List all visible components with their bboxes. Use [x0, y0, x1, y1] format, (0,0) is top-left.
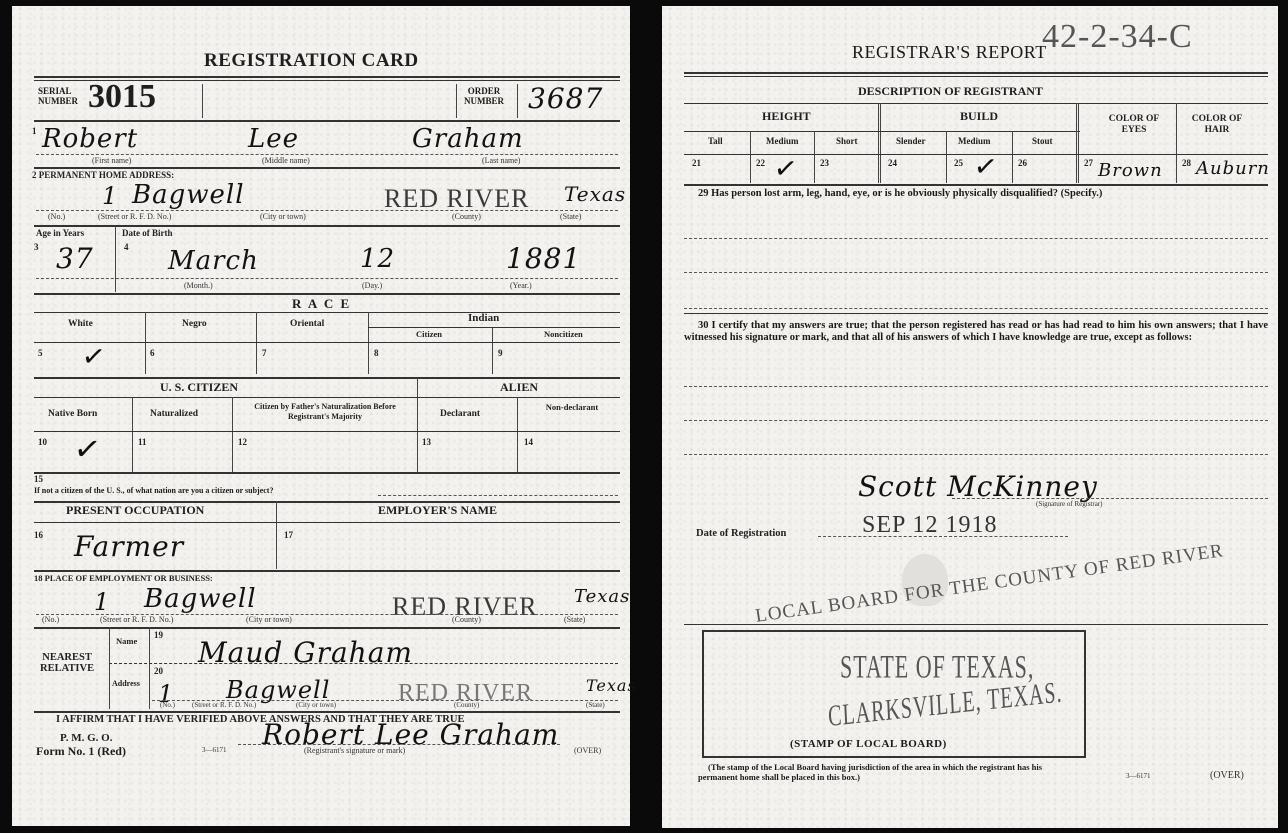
field-number: 27	[1084, 158, 1093, 168]
field-number: 26	[1018, 158, 1027, 168]
build-slender-label: Slender	[896, 136, 926, 146]
hair-color-title: COLOR OF HAIR	[1182, 114, 1252, 136]
caption-street: (Street or R. F. D. No.)	[100, 615, 173, 624]
field-number: 24	[888, 158, 897, 168]
age-label: Age in Years	[36, 228, 84, 238]
serial-label: SERIAL NUMBER	[38, 86, 78, 106]
registration-card-front: REGISTRATION CARD SERIAL NUMBER 3015 ORD…	[12, 6, 630, 826]
field-number: 17	[284, 530, 293, 540]
caption-state: (State)	[586, 701, 605, 709]
field-number: 8	[374, 348, 379, 358]
native-born-label: Native Born	[48, 409, 97, 419]
build-medium-checkmark: ✓	[972, 149, 1000, 185]
home-address-state: Texas	[564, 182, 626, 206]
race-white-checkmark: ✓	[80, 339, 108, 375]
field-number: 23	[820, 158, 829, 168]
home-address-no: 1	[102, 182, 118, 210]
serial-number: 3015	[88, 78, 156, 116]
relative-address-label: Address	[112, 679, 140, 688]
field-number: 12	[238, 437, 247, 447]
caption-county: (County)	[452, 212, 481, 221]
height-medium-label: Medium	[766, 136, 799, 146]
dob-label: Date of Birth	[122, 228, 173, 238]
caption-year: (Year.)	[510, 281, 532, 290]
field-number: 6	[150, 348, 155, 358]
relative-name: Maud Graham	[198, 636, 413, 669]
caption-state: (State)	[564, 615, 585, 624]
order-label: ORDER NUMBER	[464, 86, 504, 106]
height-medium-checkmark: ✓	[772, 151, 800, 187]
caption-last-name: (Last name)	[482, 156, 520, 165]
field-number: 4	[124, 242, 129, 252]
citizen-by-father-label: Citizen by Father's Naturalization Befor…	[240, 402, 410, 422]
nearest-relative-label: NEAREST RELATIVE	[40, 652, 94, 674]
employment-no: 1	[94, 588, 110, 616]
caption-middle-name: (Middle name)	[262, 156, 310, 165]
height-tall-label: Tall	[708, 136, 723, 146]
field-number: 5	[38, 348, 43, 358]
field-number: 13	[422, 437, 431, 447]
field-number: 21	[692, 158, 701, 168]
occupation-title: PRESENT OCCUPATION	[66, 503, 204, 518]
employment-street: Bagwell	[144, 584, 257, 614]
build-title: BUILD	[960, 109, 998, 124]
board-stamp-arc: LOCAL BOARD FOR THE COUNTY OF RED RIVER	[754, 540, 1225, 628]
date-of-registration-label: Date of Registration	[696, 528, 786, 539]
field-number: 1	[32, 126, 37, 136]
native-born-checkmark: ✓	[71, 428, 103, 469]
height-short-label: Short	[836, 136, 858, 146]
race-negro-label: Negro	[182, 319, 207, 329]
declarant-label: Declarant	[440, 409, 480, 419]
field-number: 7	[262, 348, 267, 358]
non-declarant-label: Non-declarant	[542, 402, 602, 412]
stamp-box-caption: (STAMP OF LOCAL BOARD)	[790, 738, 947, 750]
stamp-of-local-board-box: STATE OF TEXAS, CLARKSVILLE, TEXAS. (STA…	[702, 630, 1086, 758]
caption-street: (Street or R. F. D. No.)	[192, 701, 256, 709]
home-address-label: 2 PERMANENT HOME ADDRESS:	[32, 170, 174, 180]
race-oriental-label: Oriental	[290, 319, 324, 329]
registrar-signature-caption: (Signature of Registrar)	[1036, 500, 1102, 508]
employer-title: EMPLOYER'S NAME	[378, 503, 497, 518]
race-indian-label: Indian	[468, 312, 499, 324]
description-title: DESCRIPTION OF REGISTRANT	[858, 84, 1043, 99]
stamp-line-state: STATE OF TEXAS,	[840, 648, 1034, 687]
field-number: 10	[38, 437, 47, 447]
eye-color-title: COLOR OF EYES	[1102, 114, 1166, 136]
field-number: 3	[34, 242, 39, 252]
field15-question: If not a citizen of the U. S., of what n…	[34, 486, 273, 495]
naturalized-label: Naturalized	[150, 409, 198, 419]
build-medium-label: Medium	[958, 136, 991, 146]
caption-county: (County)	[452, 615, 481, 624]
caption-county: (County)	[454, 701, 479, 709]
caption-first-name: (First name)	[92, 156, 131, 165]
field-number: 9	[498, 348, 503, 358]
dob-day: 12	[360, 244, 395, 274]
height-title: HEIGHT	[762, 109, 811, 124]
stamp-instructions: (The stamp of the Local Board having jur…	[698, 762, 1082, 782]
relative-address-state: Texas	[586, 676, 637, 695]
print-code: 3—6171	[202, 746, 227, 754]
middle-name: Lee	[248, 124, 299, 154]
field-number: 22	[756, 158, 765, 168]
caption-street: (Street or R. F. D. No.)	[98, 212, 171, 221]
field-number: 28	[1182, 158, 1191, 168]
dob-month: March	[168, 246, 259, 276]
employment-state: Texas	[574, 586, 630, 607]
field-number: 20	[154, 666, 163, 676]
build-stout-label: Stout	[1032, 136, 1053, 146]
relative-name-label: Name	[116, 636, 137, 646]
race-white-label: White	[68, 319, 93, 329]
caption-day: (Day.)	[362, 281, 382, 290]
caption-state: (State)	[560, 212, 581, 221]
pmgo-label: P. M. G. O.	[60, 732, 112, 744]
report-title: REGISTRAR'S REPORT	[852, 42, 1047, 63]
caption-month: (Month.)	[184, 281, 213, 290]
place-of-employment-label: 18 PLACE OF EMPLOYMENT OR BUSINESS:	[34, 573, 213, 583]
over-label: (OVER)	[574, 746, 601, 755]
caption-no: (No.)	[160, 701, 175, 709]
race-indian-noncitizen-label: Noncitizen	[544, 329, 583, 339]
home-address-street: Bagwell	[132, 180, 245, 210]
race-indian-citizen-label: Citizen	[416, 329, 442, 339]
question-29: 29 Has person lost arm, leg, hand, eye, …	[684, 188, 1268, 200]
first-name: Robert	[42, 124, 138, 154]
file-code: 42-2-34-C	[1042, 18, 1193, 56]
question-30: 30 I certify that my answers are true; t…	[684, 320, 1268, 344]
hair-color-value: Auburn	[1196, 158, 1270, 179]
caption-city: (City or town)	[296, 701, 336, 709]
order-number: 3687	[528, 82, 603, 115]
occupation-value: Farmer	[74, 530, 184, 563]
field-number: 16	[34, 530, 43, 540]
field-number: 19	[154, 630, 163, 640]
over-label: (OVER)	[1210, 770, 1244, 781]
card-title: REGISTRATION CARD	[204, 50, 419, 72]
caption-city: (City or town)	[260, 212, 306, 221]
print-code: 3—6171	[1126, 772, 1151, 780]
eye-color-value: Brown	[1098, 160, 1163, 181]
form-number: Form No. 1 (Red)	[36, 744, 126, 759]
field-number: 15	[34, 474, 43, 484]
registrars-report-back: REGISTRAR'S REPORT 42-2-34-C DESCRIPTION…	[662, 6, 1278, 828]
caption-city: (City or town)	[246, 615, 292, 624]
field-number: 14	[524, 437, 533, 447]
last-name: Graham	[412, 124, 524, 154]
caption-no: (No.)	[42, 615, 59, 624]
signature-caption: (Registrant's signature or mark)	[304, 746, 405, 755]
race-title: R A C E	[292, 296, 351, 312]
field-number: 11	[138, 437, 147, 447]
dob-year: 1881	[506, 242, 581, 275]
field-number: 25	[954, 158, 963, 168]
date-of-registration-value: SEP 12 1918	[862, 512, 997, 539]
caption-no: (No.)	[48, 212, 65, 221]
alien-title: ALIEN	[500, 380, 538, 395]
us-citizen-title: U. S. CITIZEN	[160, 380, 238, 395]
age-value: 37	[56, 242, 94, 275]
